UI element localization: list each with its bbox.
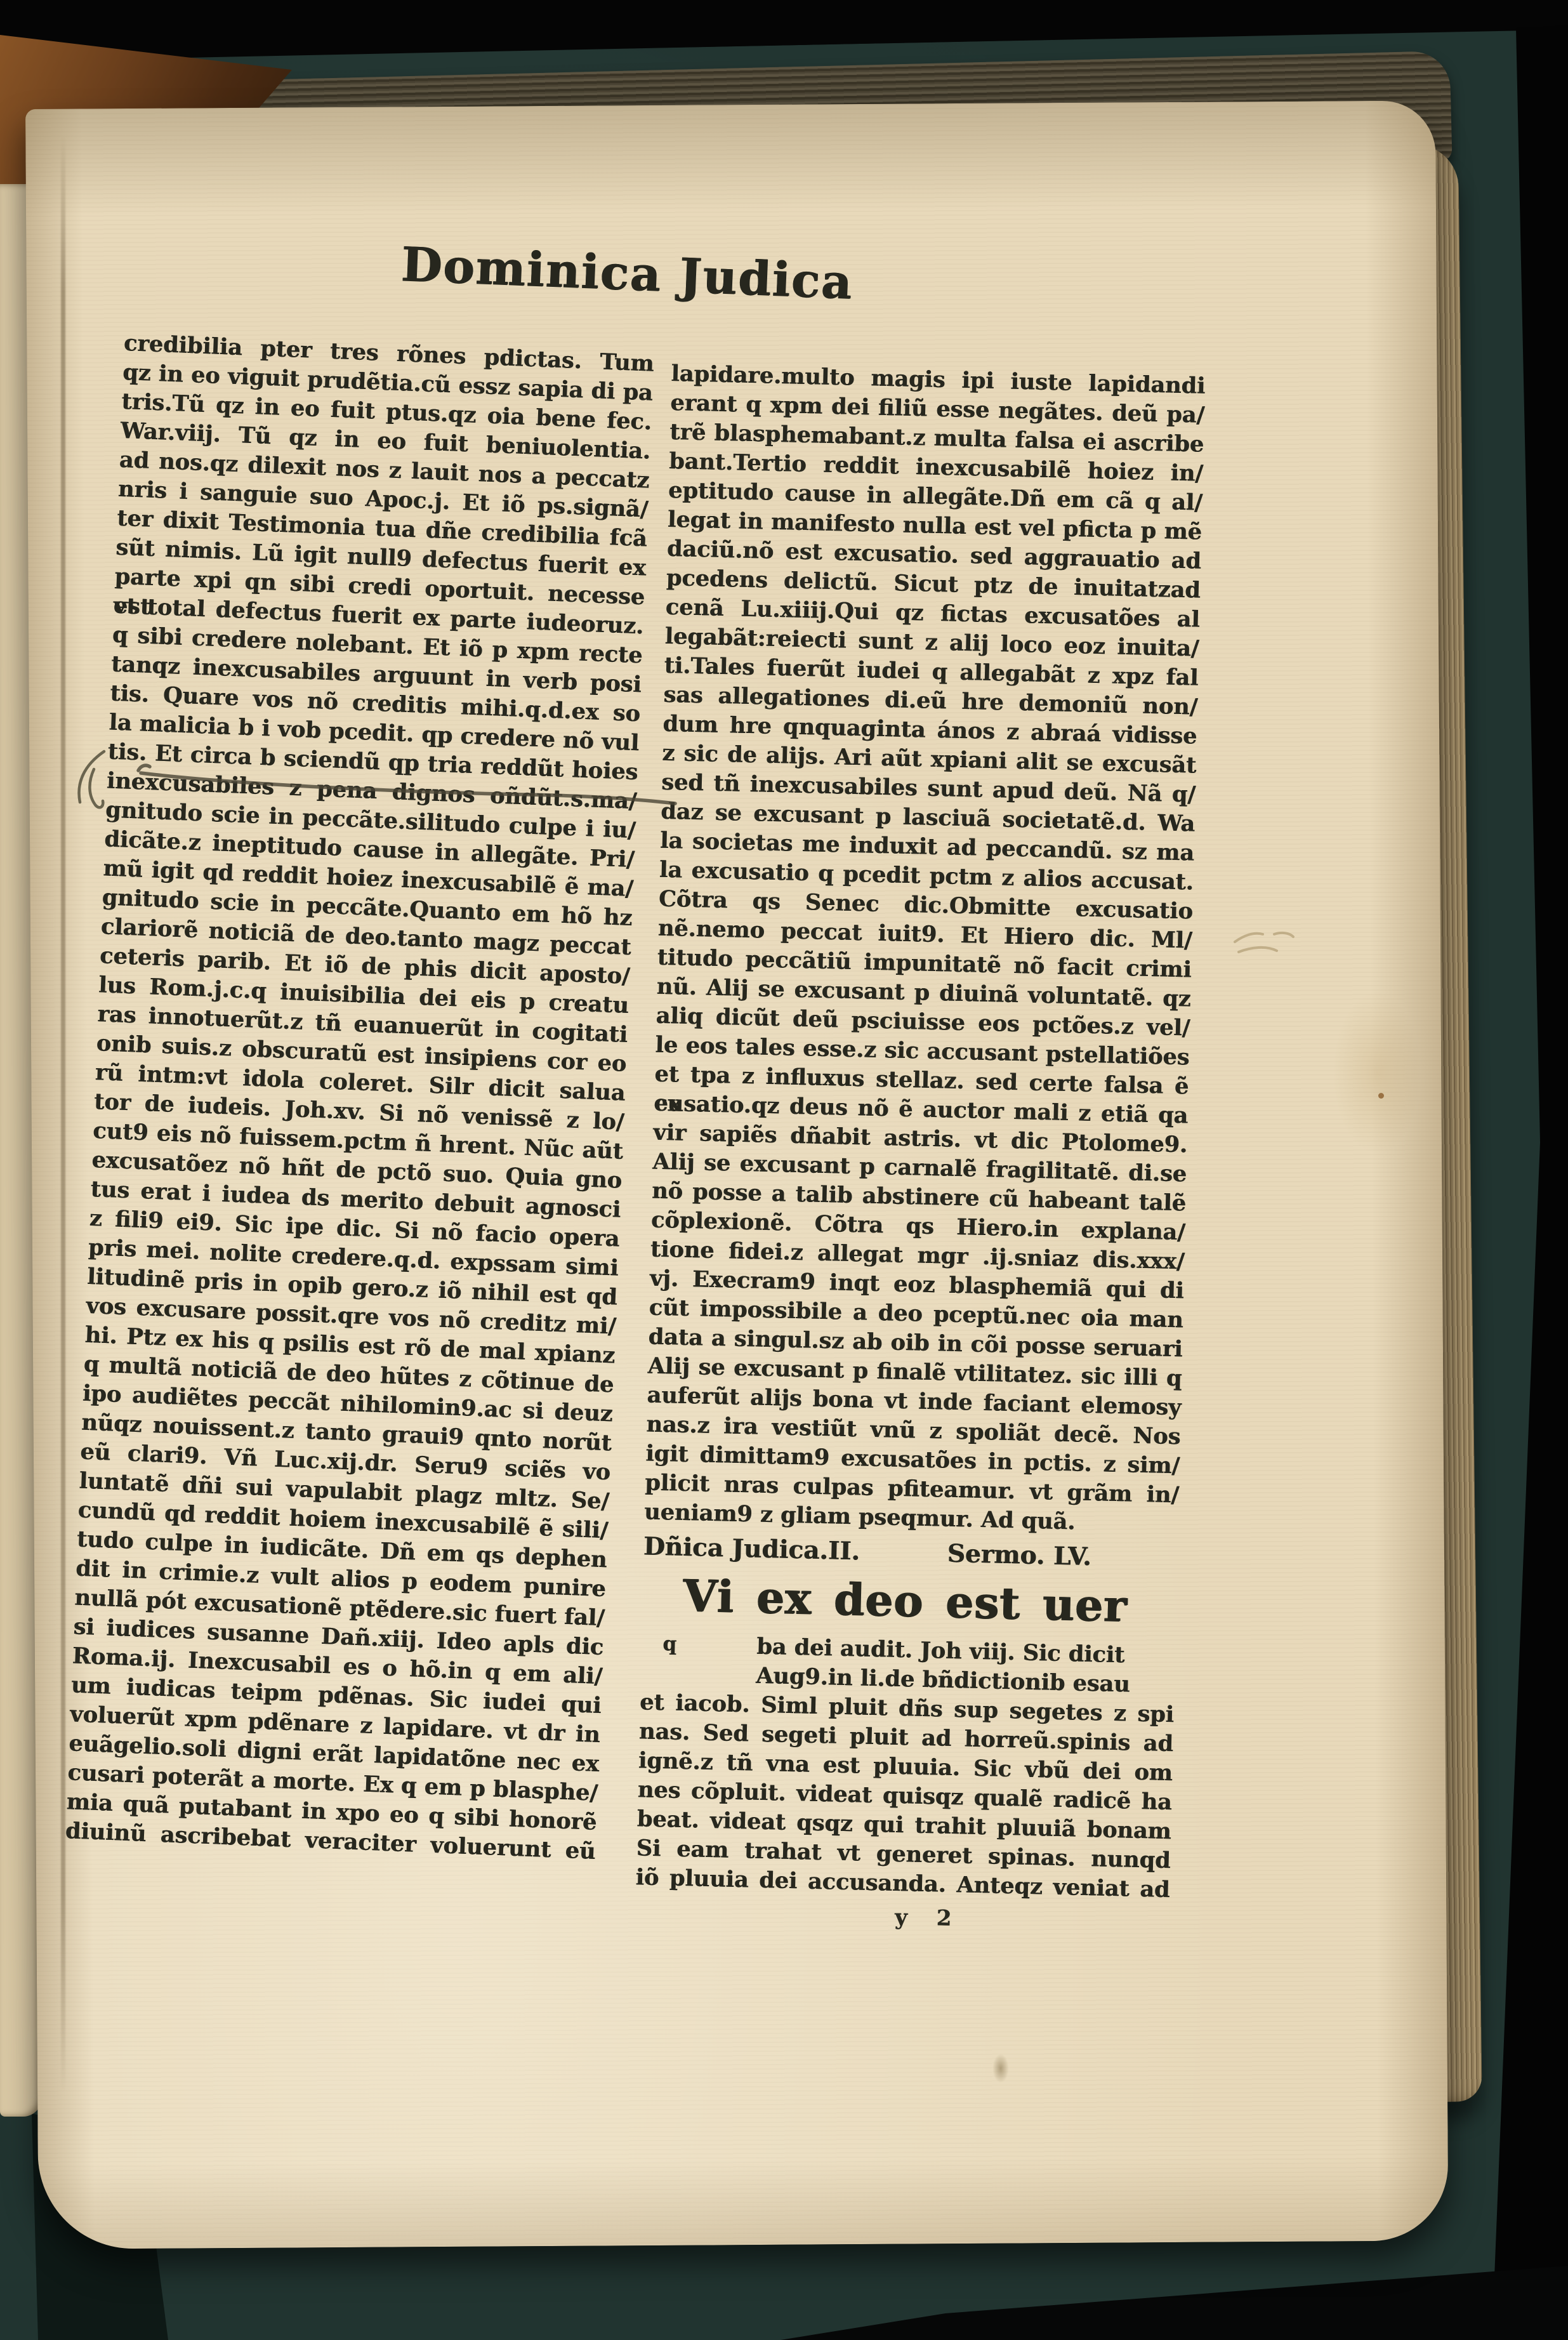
section-heading-right: Sermo. LV. [947, 1537, 1091, 1574]
ink-underline-annotation [135, 757, 680, 814]
right-column-lines-bottom: et iacob. Siml pluit dñs sup segetes z s… [635, 1688, 1174, 1905]
left-margin-ink-flourish [71, 741, 122, 811]
incipit-indented-lines: ba dei audit. Joh viij. Sic dicitAug9.in… [756, 1632, 1176, 1701]
rubricator-guide-letter: q [662, 1632, 677, 1656]
photographed-book-page: Dominica Judica credibilia pter tres rõn… [0, 0, 1568, 2340]
section-heading-left: Dñica Judica.II. [643, 1529, 860, 1568]
left-column-lines: credibilia pter tres rõnes pdictas. Tumq… [65, 329, 654, 1867]
right-column-lines-top: lapidare.multo magis ipi iuste lapidandi… [644, 359, 1206, 1539]
right-margin-faint-scribbles [1230, 913, 1319, 1001]
quire-signature-mark: y 2 [895, 1905, 952, 1931]
gutter-crease [61, 136, 65, 2091]
paper-blemish [992, 2054, 1009, 2083]
sermon-incipit-large: Vi ex deo est uer [682, 1564, 1128, 1641]
paper-blemish [1378, 1093, 1384, 1099]
left-text-column: credibilia pter tres rõnes pdictas. Tumq… [65, 329, 654, 1867]
paper-stain [1333, 990, 1421, 1155]
right-text-column: lapidare.multo magis ipi iuste lapidandi… [635, 359, 1206, 1905]
